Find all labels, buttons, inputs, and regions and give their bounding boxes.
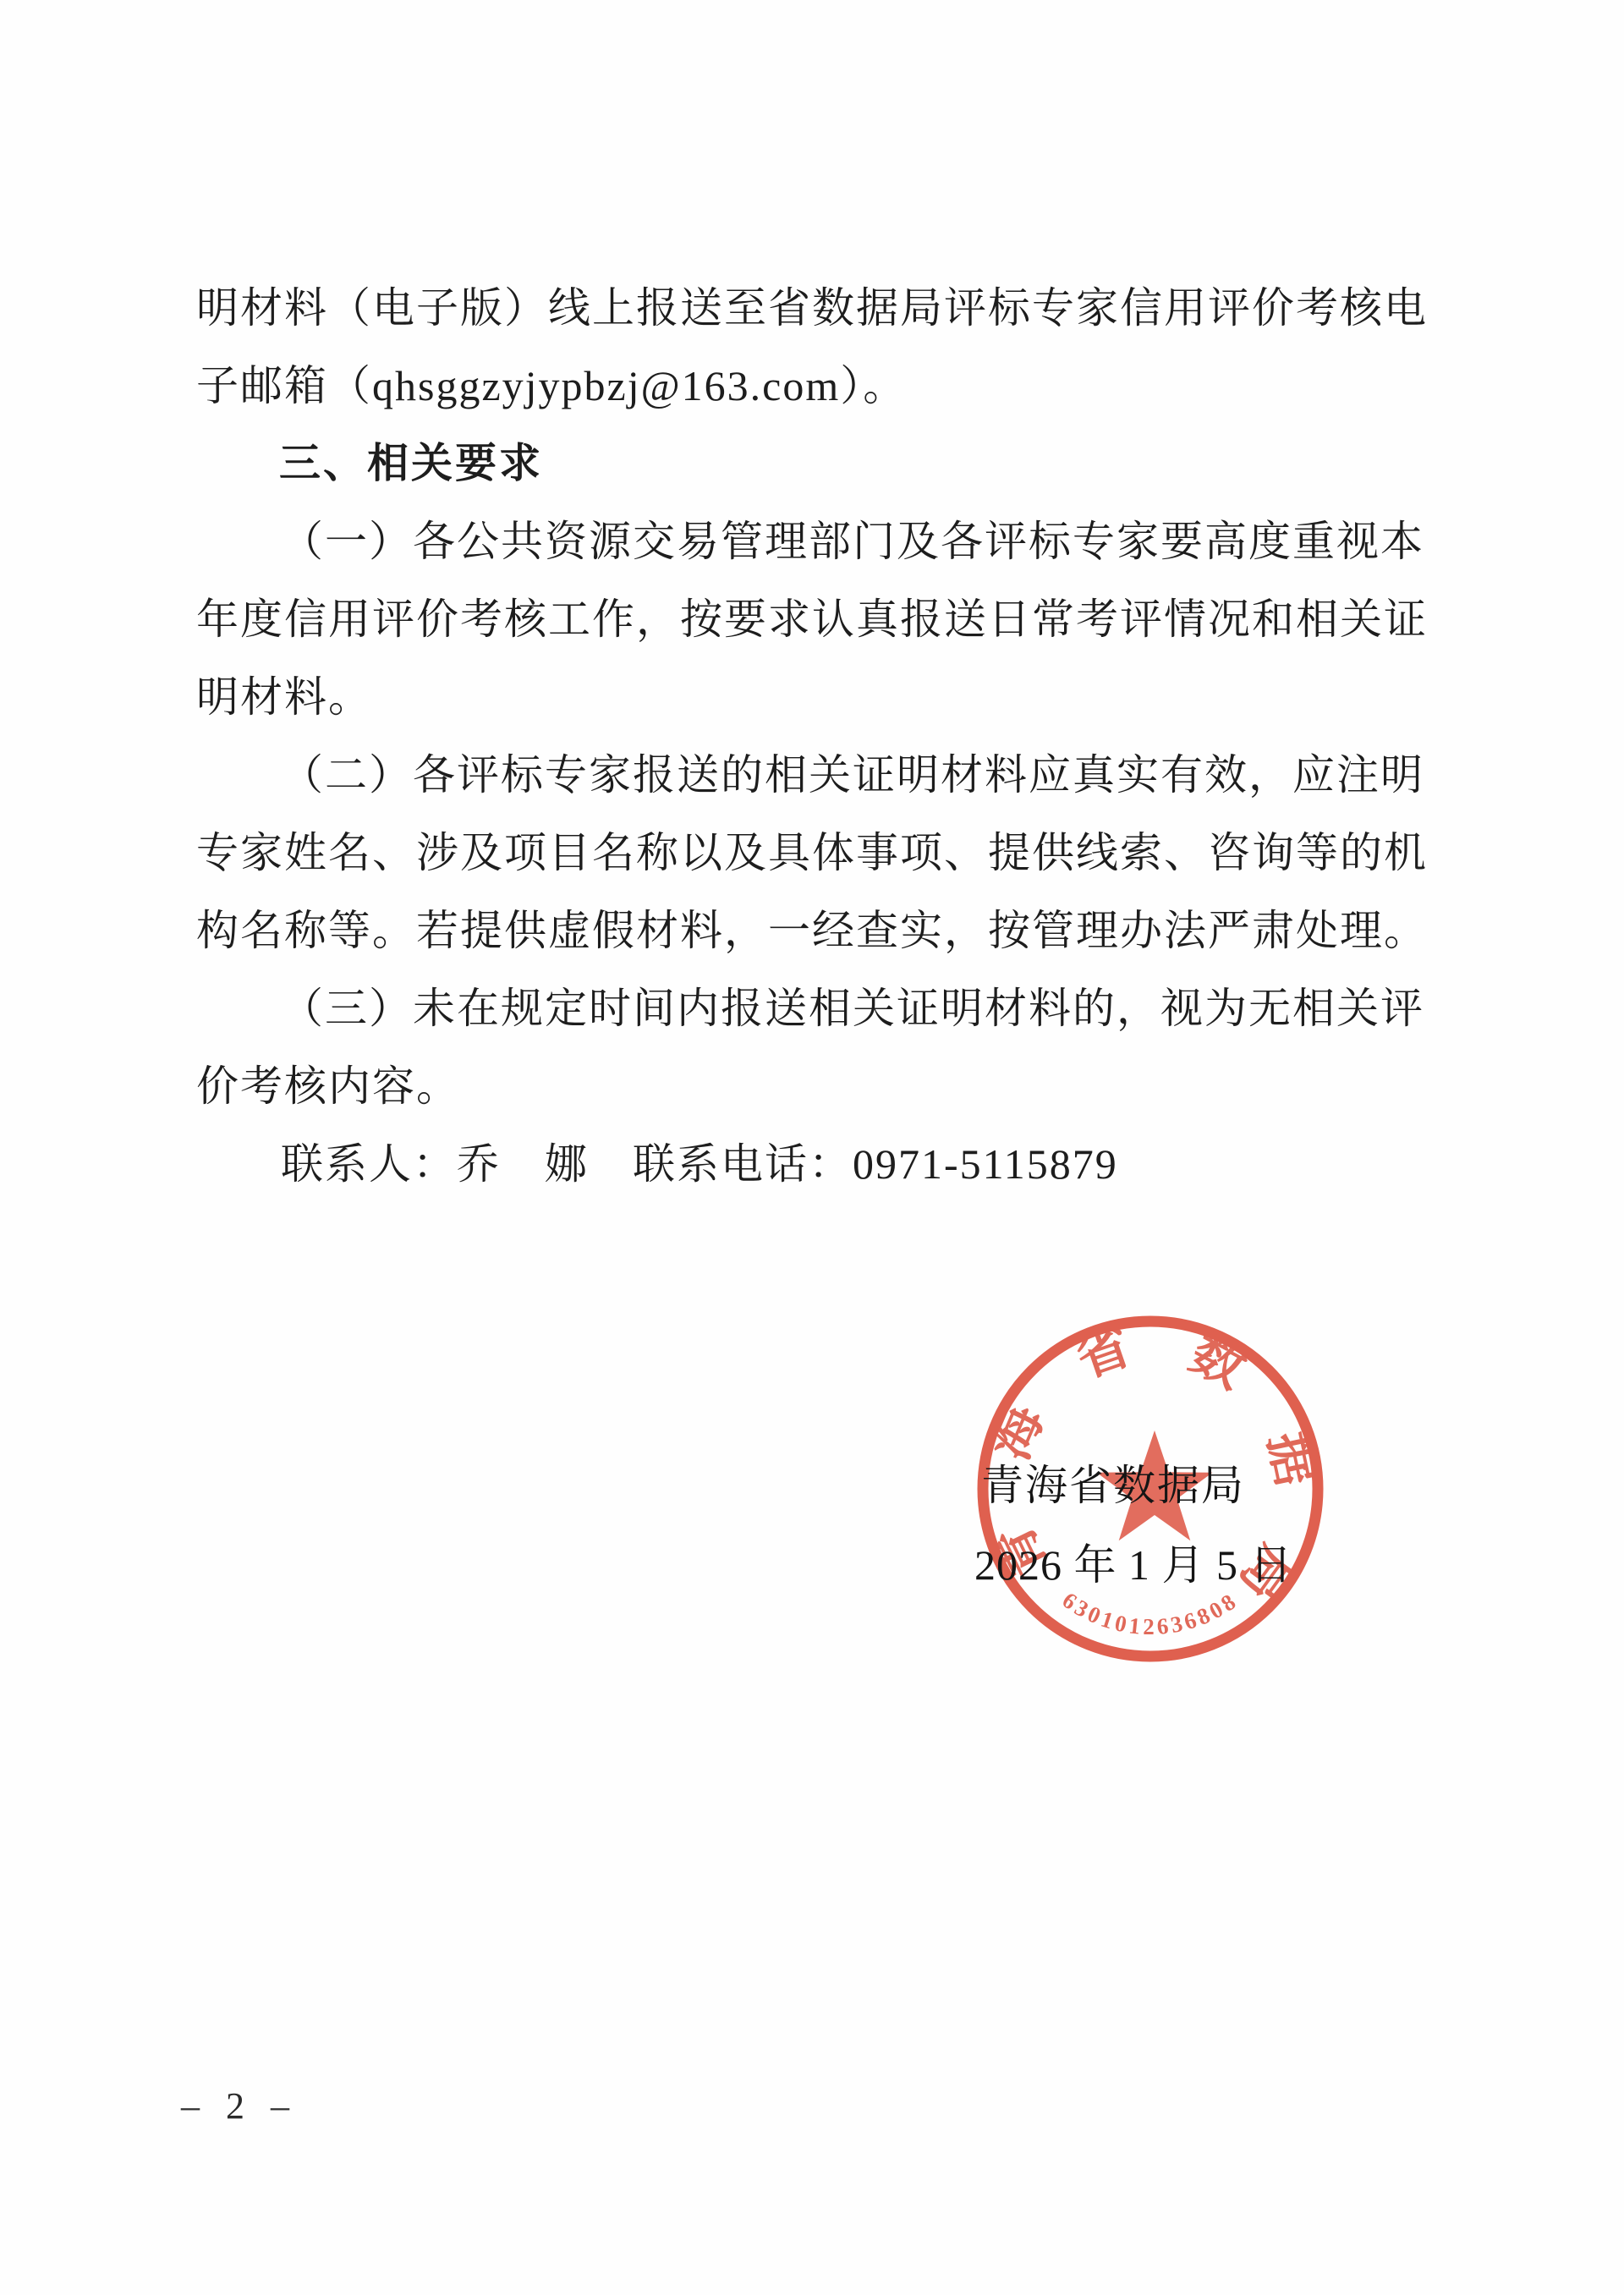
contact-line: 联系人：乔 娜 联系电话：0971-5115879: [196, 1125, 1429, 1203]
paragraph-item-2: （二）各评标专家报送的相关证明材料应真实有效，应注明 专家姓名、涉及项目名称以及…: [196, 736, 1429, 969]
paragraph-item-3: （三）未在规定时间内报送相关证明材料的，视为无相关评 价考核内容。: [196, 969, 1429, 1125]
body-text: 明材料（电子版）线上报送至省数据局评标专家信用评价考核电 子邮箱（qhsggzy…: [196, 269, 1429, 1203]
page-number: – 2 –: [181, 2084, 298, 2128]
signature-org: 青海省数据局: [981, 1452, 1245, 1513]
section-heading: 三、相关要求: [196, 425, 1429, 502]
signature-date: 2026 年 1 月 5 日: [974, 1531, 1293, 1592]
seal-ring-char: 数: [1181, 1323, 1254, 1399]
document-page: 明材料（电子版）线上报送至省数据局评标专家信用评价考核电 子邮箱（qhsggzy…: [0, 0, 1624, 2295]
paragraph-continuation: 明材料（电子版）线上报送至省数据局评标专家信用评价考核电 子邮箱（qhsggzy…: [196, 269, 1429, 425]
paragraph-item-1: （一）各公共资源交易管理部门及各评标专家要高度重视本 年度信用评价考核工作，按要…: [196, 502, 1429, 736]
seal-serial-number: 6301012636808: [1058, 1587, 1243, 1639]
